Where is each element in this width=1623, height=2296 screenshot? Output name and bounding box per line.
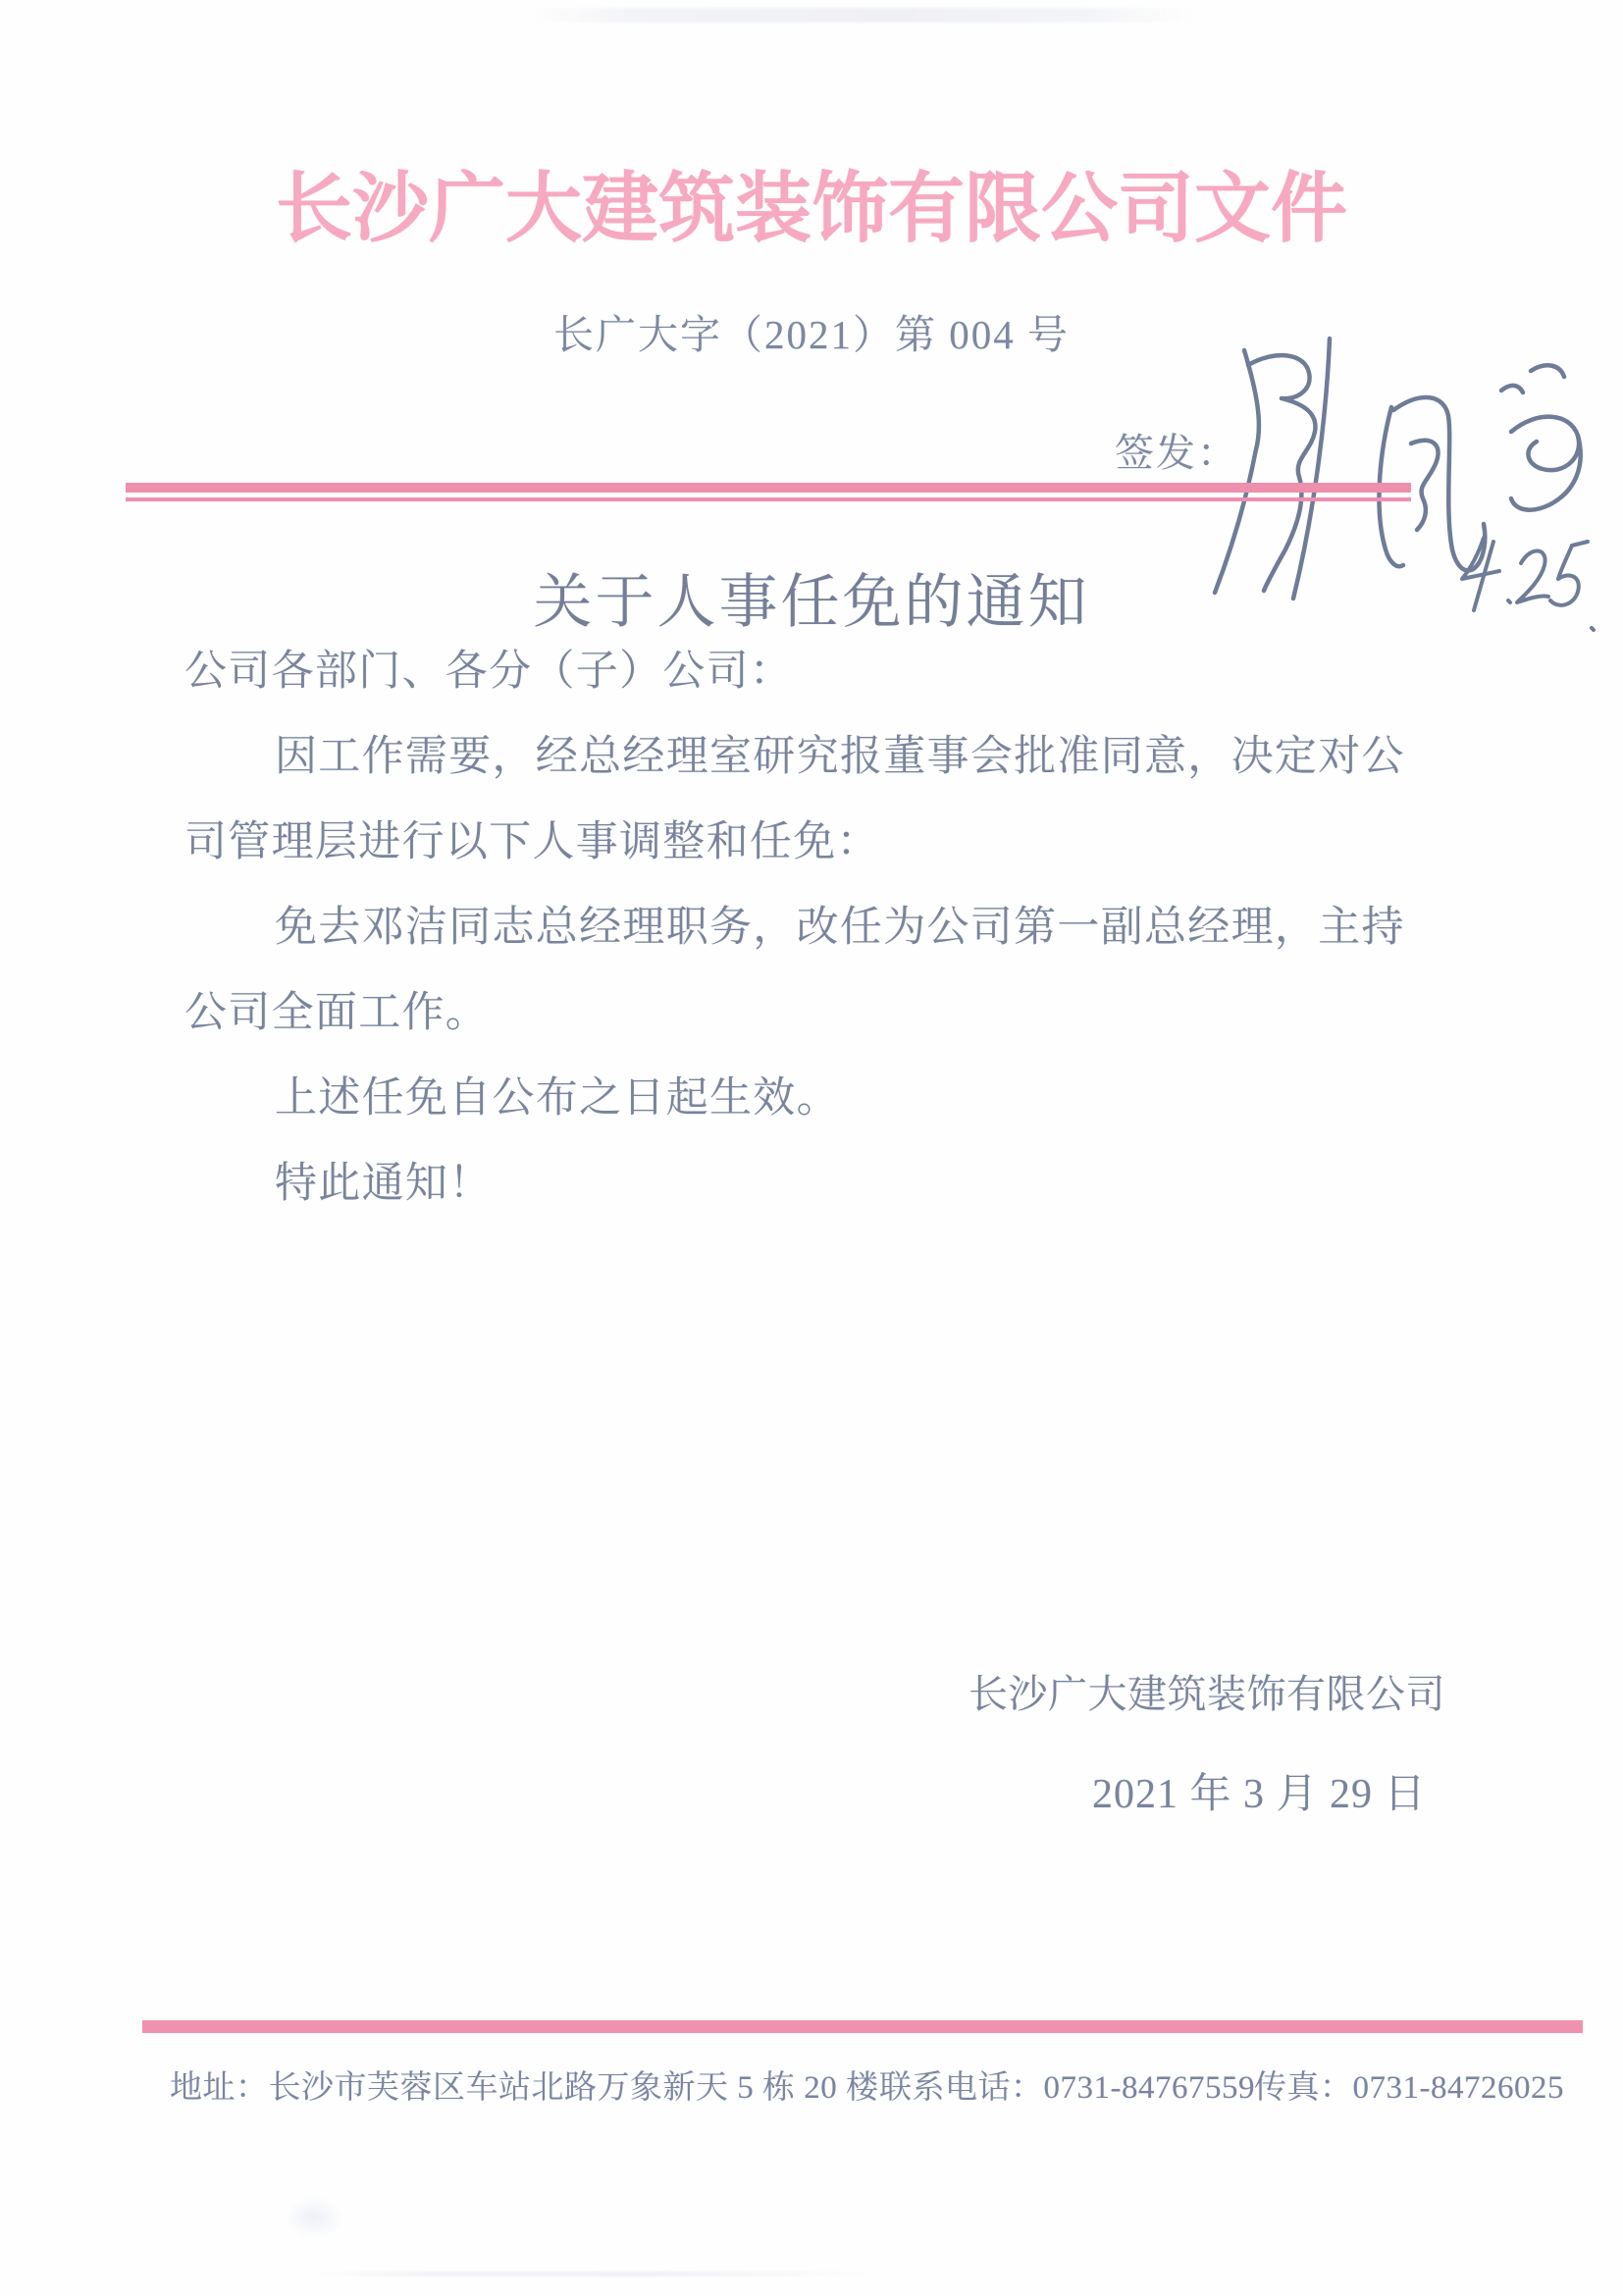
body-line: 特此通知！ [184, 1141, 1460, 1226]
notice-body: 公司各部门、各分（子）公司： 因工作需要，经总经理室研究报董事会批准同意，决定对… [184, 629, 1460, 1226]
body-line: 免去邓洁同志总经理职务，改任为公司第一副总经理，主持 [184, 885, 1460, 970]
footer-fax: 传真：0731-84726025 [1254, 2061, 1564, 2108]
document-page: 长沙广大建筑装饰有限公司文件 长广大字（2021）第 004 号 签发： [0, 0, 1623, 2296]
signoff-date: 2021 年 3 月 29 日 [1092, 1761, 1427, 1820]
body-line: 上述任免自公布之日起生效。 [184, 1056, 1460, 1141]
scan-artifact-ink-spot [285, 2196, 343, 2239]
body-line: 公司各部门、各分（子）公司： [184, 629, 1460, 714]
header-double-rule [126, 483, 1411, 501]
scan-artifact-streak [314, 2271, 883, 2276]
body-line: 司管理层进行以下人事调整和任免： [184, 800, 1460, 885]
footer: 地址：长沙市芙蓉区车站北路万象新天 5 栋 20 楼 联系电话：0731-847… [0, 2061, 1623, 2105]
notice-heading: 关于人事任免的通知 [0, 555, 1623, 640]
footer-phone: 联系电话：0731-84767559 [879, 2061, 1255, 2108]
signoff-company: 长沙广大建筑装饰有限公司 [969, 1663, 1445, 1719]
company-title: 长沙广大建筑装饰有限公司文件 [0, 165, 1623, 253]
footer-address: 地址：长沙市芙蓉区车站北路万象新天 5 栋 20 楼 [170, 2061, 879, 2108]
scan-artifact-top [530, 8, 1197, 23]
body-line: 因工作需要，经总经理室研究报董事会批准同意，决定对公 [184, 714, 1460, 800]
footer-rule [142, 2020, 1583, 2033]
body-line: 公司全面工作。 [184, 970, 1460, 1056]
